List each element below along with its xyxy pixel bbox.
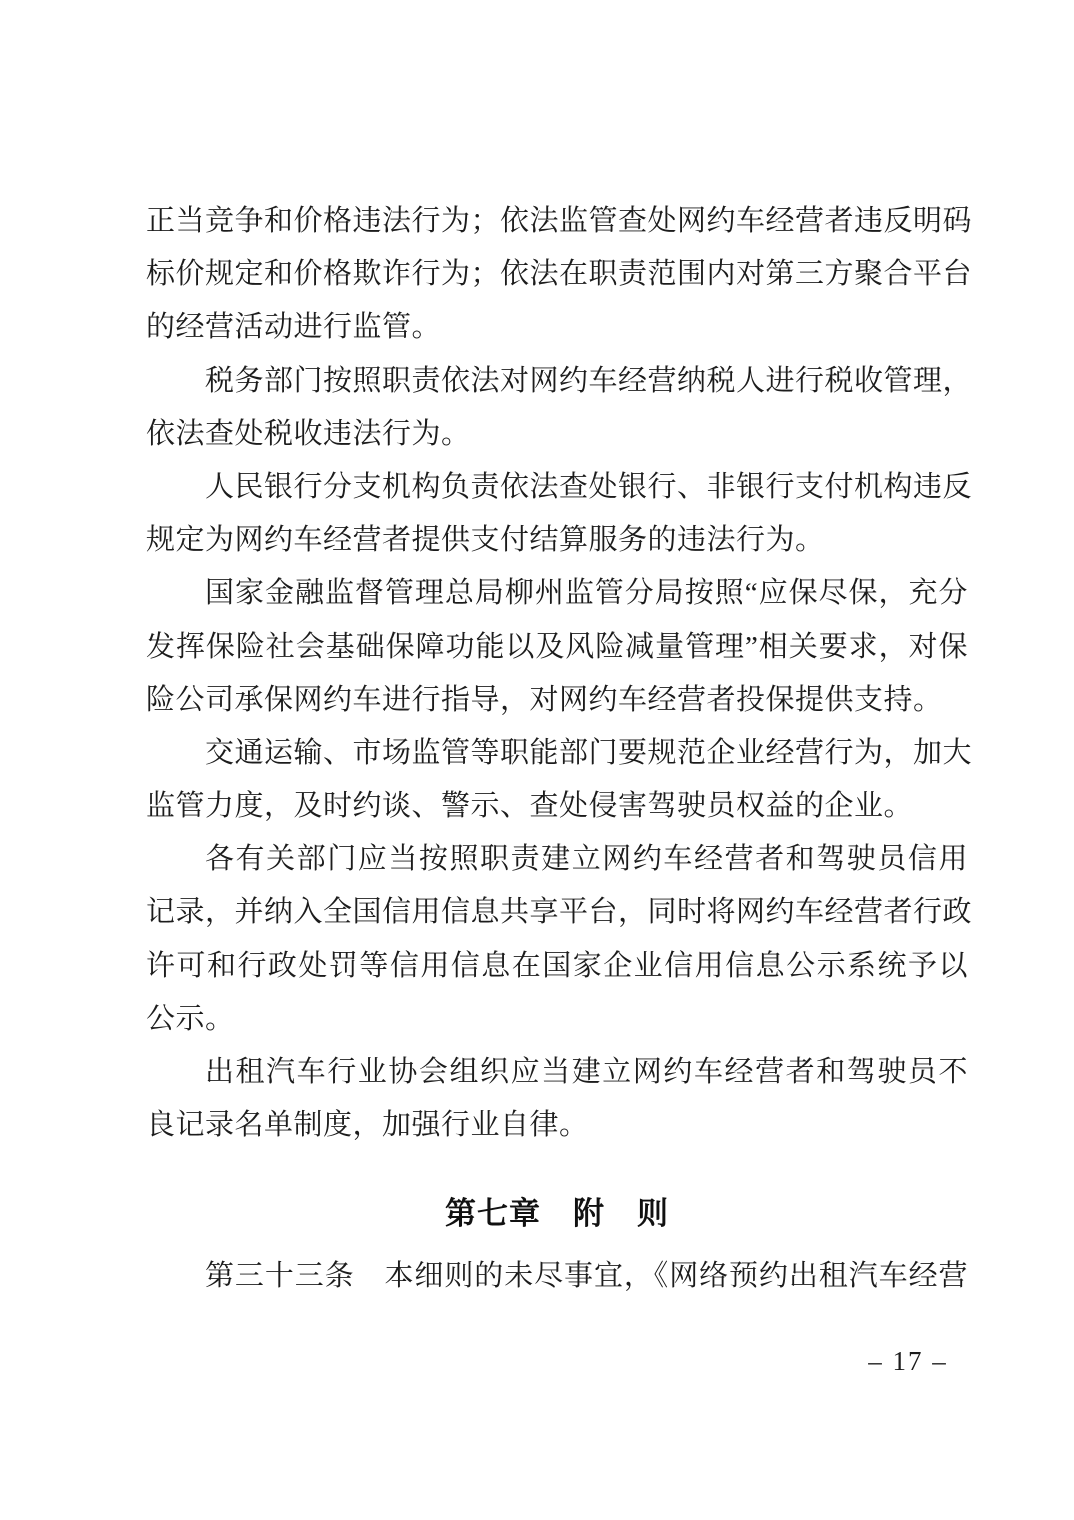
body-line: 国家金融监督管理总局柳州监管分局按照“应保尽保，充分: [146, 567, 968, 620]
page-number: – 17 –: [858, 1346, 958, 1377]
body-line: 标价规定和价格欺诈行为；依法在职责范围内对第三方聚合平台: [146, 248, 968, 301]
body-line: 公示。: [146, 993, 968, 1046]
body-line: 良记录名单制度，加强行业自律。: [146, 1099, 968, 1152]
body-line: 监管力度，及时约谈、警示、查处侵害驾驶员权益的企业。: [146, 780, 968, 833]
document-page: 正当竞争和价格违法行为；依法监管查处网约车经营者违反明码 标价规定和价格欺诈行为…: [0, 0, 1074, 1520]
body-line: 规定为网约车经营者提供支付结算服务的违法行为。: [146, 514, 968, 567]
body-line: 依法查处税收违法行为。: [146, 408, 968, 461]
body-line: 人民银行分支机构负责依法查处银行、非银行支付机构违反: [146, 461, 968, 514]
body-line: 的经营活动进行监管。: [146, 301, 968, 354]
body-line: 各有关部门应当按照职责建立网约车经营者和驾驶员信用: [146, 833, 968, 886]
body-text-block: 正当竞争和价格违法行为；依法监管查处网约车经营者违反明码 标价规定和价格欺诈行为…: [146, 195, 968, 1304]
body-line: 正当竞争和价格违法行为；依法监管查处网约车经营者违反明码: [146, 195, 968, 248]
body-line: 税务部门按照职责依法对网约车经营纳税人进行税收管理，: [146, 355, 968, 408]
body-line: 许可和行政处罚等信用信息在国家企业信用信息公示系统予以: [146, 940, 968, 993]
body-line: 出租汽车行业协会组织应当建立网约车经营者和驾驶员不: [146, 1046, 968, 1099]
body-line: 交通运输、市场监管等职能部门要规范企业经营行为，加大: [146, 727, 968, 780]
closing-body-line: 第三十三条 本细则的未尽事宜，《网络预约出租汽车经营: [146, 1250, 968, 1303]
body-line: 险公司承保网约车进行指导，对网约车经营者投保提供支持。: [146, 674, 968, 727]
body-line: 记录，并纳入全国信用信息共享平台，同时将网约车经营者行政: [146, 886, 968, 939]
chapter-heading: 第七章 附 则: [146, 1186, 968, 1242]
body-line: 发挥保险社会基础保障功能以及风险减量管理”相关要求，对保: [146, 621, 968, 674]
